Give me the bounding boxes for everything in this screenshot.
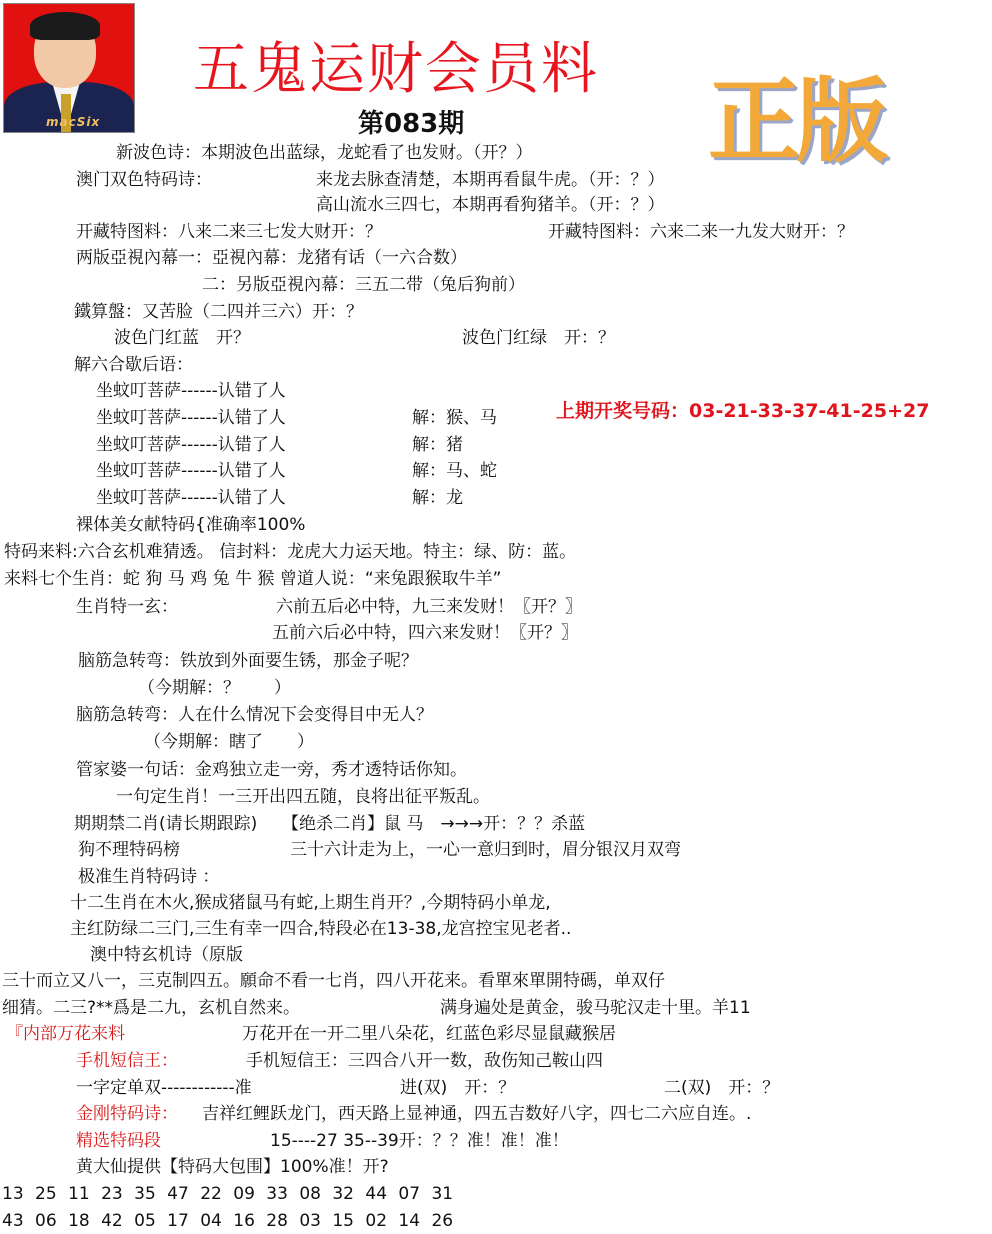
hidden-chart-2: 开藏特图料：六来二来一九发大财开：？ (548, 221, 854, 243)
riddle-answer: 解：猪 (412, 434, 463, 456)
avatar-logo: macSix (46, 115, 100, 129)
zodiac-line: 一句定生肖！一三开出四五随，良将出征平叛乱。 (116, 786, 490, 808)
wave-color-poem: 新波色诗：本期波色出蓝绿，龙蛇看了也发财。（开？） (116, 142, 533, 164)
inner-flower-label: 『内部万花来料 (6, 1023, 125, 1045)
accurate-poem-1: 十二生肖在木火,猴成猪鼠马有蛇,上期生肖开？,今期特码小单龙, (70, 892, 551, 914)
riddle-question: 坐蚊叮菩萨------认错了人 (96, 407, 286, 429)
macau-mystery-1: 三十而立又八一，三克制四五。願命不看一七肖，四八开花来。看單來單開特碼，单双仔 (2, 970, 665, 992)
issue-number: 第083期 (358, 108, 464, 140)
zodiac-mystery-1: 六前五后必中特，九三来发财！〖开？〗 (276, 596, 582, 618)
selected-range-label: 精选特码段 (76, 1130, 161, 1152)
hidden-chart-1: 开藏特图料：八来二来三七发大财开：？ (76, 221, 382, 243)
dog-list-label: 狗不理特码榜 (78, 839, 180, 861)
macau-poem-line2: 高山流水三四七，本期再看狗猪羊。（开：？） (316, 194, 665, 216)
wong-tai-sin-line: 黄大仙提供【特码大包围】100%准！开? (76, 1156, 389, 1178)
brain-teaser-2: 脑筋急转弯：人在什么情况下会变得目中无人？ (76, 704, 433, 726)
ban-two-zodiacs: 【绝杀二肖】鼠 马 →→→开：？？杀蓝 (282, 813, 585, 835)
accurate-poem-heading: 极准生肖特码诗 ： (78, 866, 219, 888)
riddle-question: 坐蚊叮菩萨------认错了人 (96, 460, 286, 482)
wave-gate-red-blue: 波色门红蓝 开？ (114, 327, 250, 349)
riddle-question: 坐蚊叮菩萨------认错了人 (96, 380, 286, 402)
odd-even-label: 一字定单双------------准 (76, 1077, 252, 1099)
riddle-answer: 解：马、蛇 (412, 460, 497, 482)
iron-abacus: 鐵算盤：又苦脸（二四并三六）开：？ (74, 301, 363, 323)
odd-even-a: 进(双) 开：？ (400, 1077, 515, 1099)
genuine-stamp: 正版 (708, 66, 884, 176)
special-source: 特码来料:六合玄机难猜透。 信封料：龙虎大力运天地。特主：绿、防：蓝。 (4, 541, 576, 563)
inner-flower: 万花开在一开二里八朵花，红蓝色彩尽显鼠藏猴居 (242, 1023, 616, 1045)
accurate-poem-2: 主红防绿二三门,三生有幸一四合,特段必在13-38,龙宫控宝见老者.. (70, 918, 571, 940)
sms-king: 手机短信王：三四合八开一数，敌伤知己鞍山四 (246, 1050, 603, 1072)
atv-inside-1: 两版亞視內幕一：亞視內幕：龙猪有话（一六合数） (76, 247, 467, 269)
zodiac-mystery-2: 五前六后必中特，四六来发财！〖开？〗 (272, 622, 578, 644)
zodiac-mystery-label: 生肖特一玄： (76, 596, 178, 618)
macau-poem-line1: 来龙去脉查清楚，本期再看鼠牛虎。（开：？） (316, 169, 665, 191)
riddle-answer: 解：猴、马 (412, 407, 497, 429)
wave-gate-red-green: 波色门红绿 开：？ (462, 327, 615, 349)
number-grid-row-2: 43 06 18 42 05 17 04 16 28 03 15 02 14 2… (2, 1210, 453, 1232)
brain-teaser-1-answer: （今期解：？ ） (138, 677, 291, 699)
riddle-question: 坐蚊叮菩萨------认错了人 (96, 434, 286, 456)
brain-teaser-1: 脑筋急转弯：铁放到外面要生锈，那金子呢？ (78, 650, 418, 672)
selected-range: 15----27 35--39开：？？准！准！准！ (270, 1130, 569, 1152)
avatar-photo: macSix (3, 3, 135, 133)
ban-two-zodiacs-label: 期期禁二肖(请长期跟踪) (74, 813, 257, 835)
odd-even-b: 二(双) 开：？ (664, 1077, 779, 1099)
diamond-poem-label: 金刚特码诗： (76, 1103, 178, 1125)
macau-poem-label: 澳门双色特码诗： (76, 169, 212, 191)
last-draw-numbers: 上期开奖号码：03-21-33-37-41-25+27 (556, 400, 929, 422)
macau-mystery-3: 满身遍处是黄金，骏马驼汉走十里。羊11 (440, 997, 751, 1019)
accuracy-line: 裸体美女献特码{准确率100% (76, 514, 305, 536)
page-title: 五鬼运财会员料 (193, 38, 599, 102)
avatar-hair (30, 12, 100, 40)
brain-teaser-2-answer: （今期解：瞎了 ） (144, 731, 314, 753)
riddle-question: 坐蚊叮菩萨------认错了人 (96, 487, 286, 509)
dog-list: 三十六计走为上，一心一意归到时，眉分银汉月双弯 (290, 839, 681, 861)
number-grid-row-1: 13 25 11 23 35 47 22 09 33 08 32 44 07 3… (2, 1183, 453, 1205)
seven-zodiacs: 来料七个生肖：蛇 狗 马 鸡 兔 牛 猴 曾道人说：“来兔跟猴取牛羊” (4, 568, 501, 590)
macau-mystery-heading: 澳中特玄机诗（原版 (90, 944, 243, 966)
atv-inside-2: 二：另版亞視內幕：三五二带（兔后狗前） (202, 274, 525, 296)
diamond-poem: 吉祥红鲤跃龙门，西天路上显神通，四五吉数好八字，四七二六应自连。. (202, 1103, 751, 1125)
sms-king-label: 手机短信王： (76, 1050, 178, 1072)
riddle-answer: 解：龙 (412, 487, 463, 509)
housekeeper-saying: 管家婆一句话：金鸡独立走一旁，秀才透特话你知。 (76, 759, 467, 781)
macau-mystery-2: 细猜。二三?**爲是二九，玄机自然来。 (2, 997, 300, 1019)
riddle-heading: 解六合歇后语： (74, 354, 193, 376)
